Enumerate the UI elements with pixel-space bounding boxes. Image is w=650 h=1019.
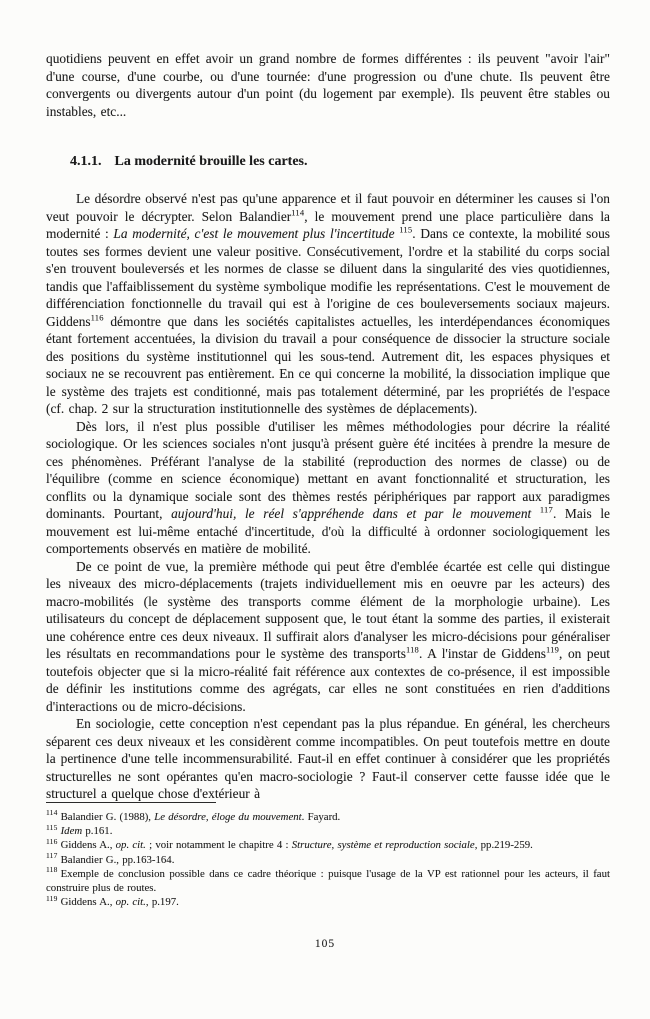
footnotes-section: 114Balandier G. (1988), Le désordre, élo… [46, 802, 610, 909]
text-segment: , p.197. [146, 896, 179, 908]
footnote: 115Idem p.161. [46, 824, 610, 838]
text-segment: Balandier G., pp.163-164. [61, 854, 175, 866]
footnote: 119Giddens A., op. cit., p.197. [46, 895, 610, 909]
footnote-number: 116 [46, 837, 58, 846]
paragraph: En sociologie, cette conception n'est ce… [46, 715, 610, 803]
text-segment: La modernité, c'est le mouvement plus l'… [113, 226, 399, 241]
paragraph-container: Le désordre observé n'est pas qu'une app… [46, 190, 610, 803]
footnote: 118Exemple de conclusion possible dans c… [46, 867, 610, 895]
footnote: 116Giddens A., op. cit. ; voir notamment… [46, 838, 610, 852]
footnote: 114Balandier G. (1988), Le désordre, élo… [46, 810, 610, 824]
footnote-separator [46, 802, 216, 803]
paragraph: De ce point de vue, la première méthode … [46, 558, 610, 716]
text-segment: p.161. [82, 825, 112, 837]
text-segment: . Fayard. [302, 811, 341, 823]
text-segment: op. cit. [116, 896, 146, 908]
footnote-reference: 119 [546, 645, 559, 655]
page-number: 105 [0, 938, 650, 950]
footnote-reference: 114 [291, 207, 304, 217]
text-segment: Giddens A., [61, 896, 116, 908]
text-segment: Idem [61, 825, 83, 837]
text-segment: , pp.219-259. [475, 839, 533, 851]
document-page: quotidiens peuvent en effet avoir un gra… [0, 0, 650, 1019]
section-heading-title: La modernité brouille les cartes. [115, 154, 308, 169]
section-heading: 4.1.1.La modernité brouille les cartes. [70, 153, 610, 171]
text-segment: . A l'instar de Giddens [419, 646, 546, 661]
paragraph-container: quotidiens peuvent en effet avoir un gra… [46, 50, 610, 120]
paragraph: quotidiens peuvent en effet avoir un gra… [46, 50, 610, 120]
footnote-reference: 116 [91, 312, 104, 322]
text-segment: quotidiens peuvent en effet avoir un gra… [46, 51, 610, 119]
text-segment: op. cit. [116, 839, 146, 851]
footnote-reference: 118 [406, 645, 419, 655]
footnote-reference: 117 [540, 505, 553, 515]
text-segment: Exemple de conclusion possible dans ce c… [46, 868, 610, 894]
footnote-number: 117 [46, 851, 58, 860]
footnote-list: 114Balandier G. (1988), Le désordre, élo… [46, 810, 610, 909]
text-segment: Le désordre, éloge du mouvement [154, 811, 301, 823]
text-segment: Giddens A., [61, 839, 116, 851]
text-segment: ; voir notamment le chapitre 4 : [146, 839, 292, 851]
text-segment: démontre que dans les sociétés capitalis… [46, 314, 610, 417]
footnote-number: 118 [46, 865, 58, 874]
paragraph: Le désordre observé n'est pas qu'une app… [46, 190, 610, 418]
text-segment: aujourd'hui, le réel s'appréhende dans e… [171, 506, 540, 521]
paragraph: Dès lors, il n'est plus possible d'utili… [46, 418, 610, 558]
text-segment: Structure, système et reproduction socia… [292, 839, 475, 851]
text-segment: En sociologie, cette conception n'est ce… [46, 716, 610, 801]
footnote-number: 115 [46, 823, 58, 832]
footnote: 117Balandier G., pp.163-164. [46, 853, 610, 867]
footnote-number: 114 [46, 808, 58, 817]
footnote-number: 119 [46, 894, 58, 903]
body-text: quotidiens peuvent en effet avoir un gra… [46, 50, 610, 803]
footnote-reference: 115 [399, 225, 412, 235]
text-segment: Balandier G. (1988), [61, 811, 155, 823]
section-heading-number: 4.1.1. [70, 154, 102, 169]
